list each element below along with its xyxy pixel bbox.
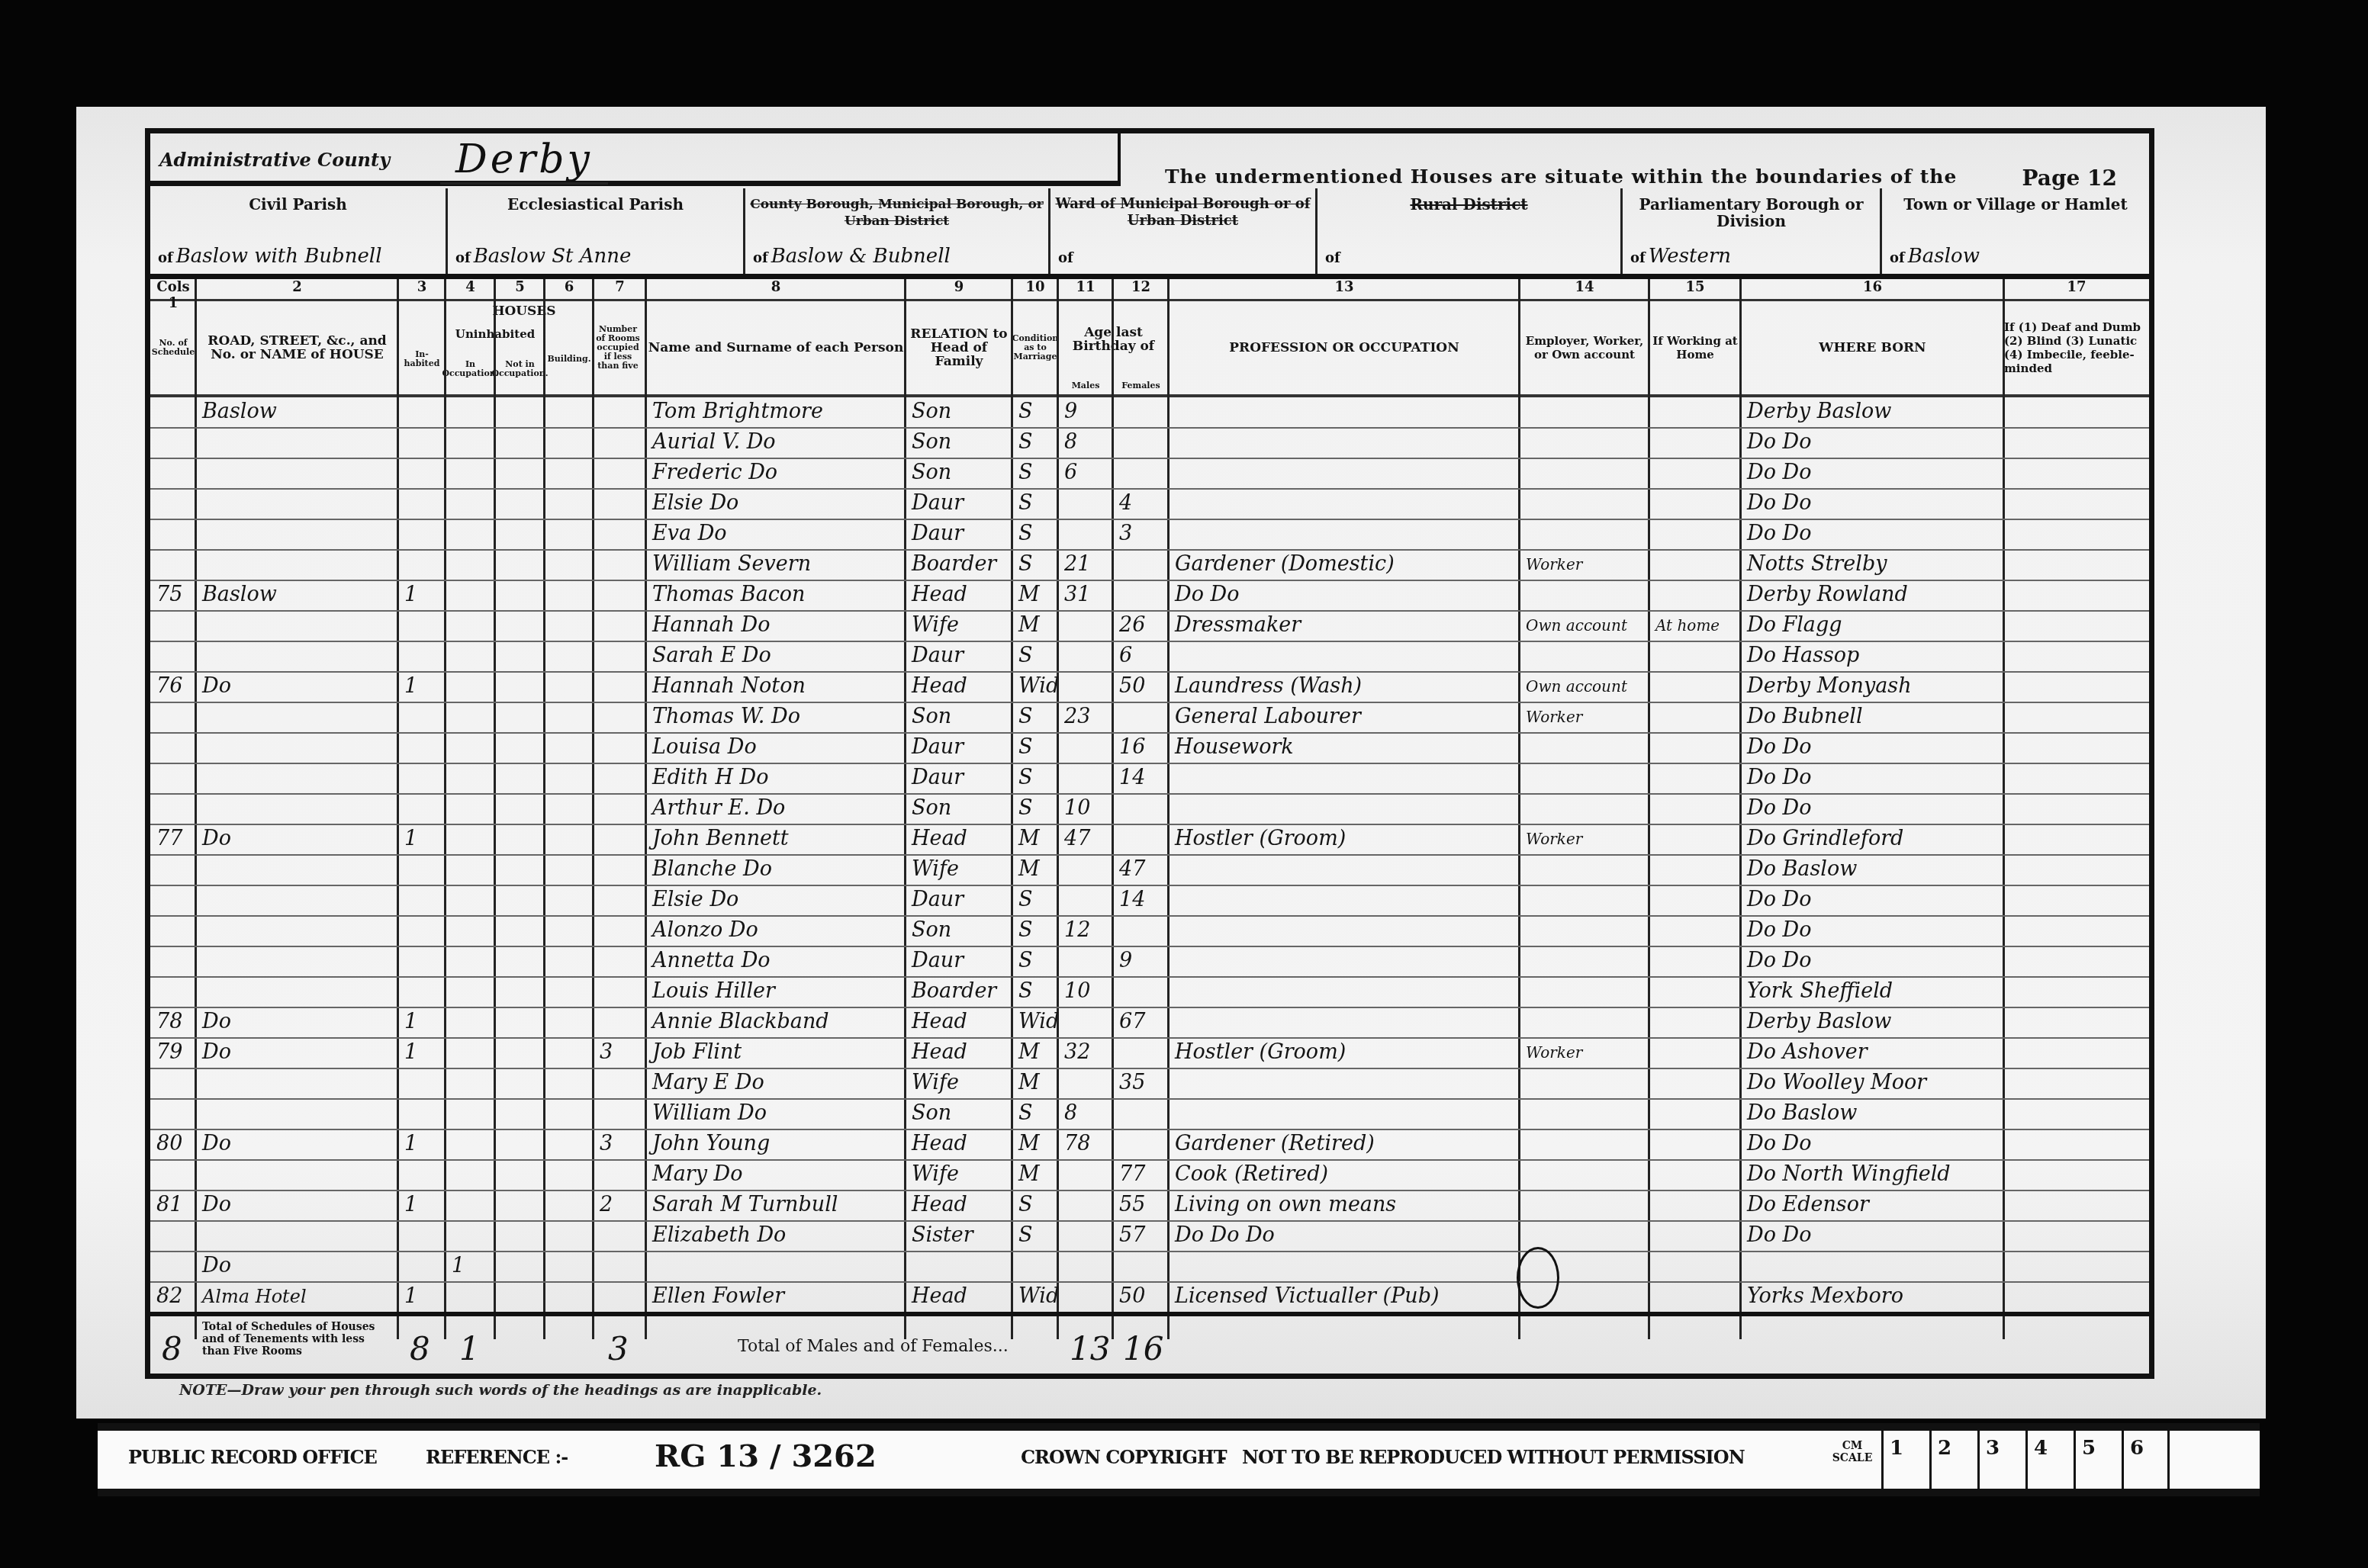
header-where-born: WHERE BORN: [1741, 301, 2004, 394]
cell-relation: Head: [912, 1130, 967, 1158]
total-females: 16: [1123, 1330, 1163, 1367]
cell-female-age: 16: [1119, 734, 1145, 761]
column-headers: No. of Schedule ROAD, STREET, &c., and N…: [150, 301, 2149, 397]
cell-condition: S: [1018, 1100, 1033, 1127]
cell-condition: S: [1018, 490, 1033, 517]
cell-born: Do Do: [1747, 917, 1811, 944]
cell-male-age: 78: [1064, 1130, 1090, 1158]
cell-occupation: Gardener (Retired): [1175, 1130, 1375, 1158]
column-number: 12: [1113, 279, 1169, 295]
cell-address: Do: [202, 1252, 231, 1280]
cell-condition: M: [1018, 1069, 1040, 1097]
header-employer: Employer, Worker, or Own account: [1520, 301, 1649, 394]
header-not-in-occupation: Not in Occupation.: [495, 344, 545, 394]
cell-female-age: 6: [1119, 642, 1132, 670]
cell-born: Derby Baslow: [1747, 398, 1891, 426]
cell-relation: Head: [912, 1283, 967, 1310]
cell-name: William Do: [652, 1100, 767, 1127]
boundary-value: ofBaslow St Anne: [455, 245, 631, 268]
cell-relation: Head: [912, 673, 967, 700]
cell-name: Sarah E Do: [652, 642, 771, 670]
cell-male-age: 23: [1064, 703, 1090, 731]
cell-born: Do Do: [1747, 429, 1811, 456]
cell-female-age: 50: [1119, 1283, 1145, 1310]
cell-relation: Daur: [912, 520, 964, 548]
cell-born: Do Do: [1747, 947, 1811, 975]
county-label: Administrative County: [159, 149, 390, 171]
cell-sched: 77: [156, 825, 182, 853]
boundary-value: ofBaslow & Bubnell: [753, 245, 951, 268]
table-row: 82Alma Hotel1Ellen FowlerHeadWid50Licens…: [150, 1281, 2149, 1313]
boundary-civil-parish: Civil Parish ofBaslow with Bubnell: [150, 188, 448, 274]
cell-born: York Sheffield: [1747, 978, 1893, 1005]
cell-inhab: 1: [404, 1283, 417, 1310]
scale-tick: 1: [1881, 1431, 1929, 1489]
column-number: 11: [1058, 279, 1113, 295]
table-row: 79Do13Job FlintHeadM32Hostler (Groom)Wor…: [150, 1037, 2149, 1069]
column-number: 10: [1012, 279, 1058, 295]
cell-employer: Own account: [1526, 612, 1627, 639]
boundary-label: County Borough, Municipal Borough, or Ur…: [745, 196, 1048, 230]
cell-name: Elizabeth Do: [652, 1222, 786, 1249]
boundary-value: ofWestern: [1630, 245, 1731, 268]
cell-condition: S: [1018, 1222, 1033, 1249]
footer-reference-label: REFERENCE :-: [426, 1446, 568, 1468]
cell-condition: S: [1018, 398, 1033, 426]
header-relation: RELATION to Head of Family: [906, 301, 1012, 394]
cell-address: Alma Hotel: [202, 1283, 307, 1310]
enumerator-circle-mark: [1517, 1247, 1559, 1309]
cell-born: Do Do: [1747, 1130, 1811, 1158]
cm-scale: CM SCALE 1 2 3 4 5 6: [1823, 1431, 2170, 1489]
cell-employer: Own account: [1526, 673, 1627, 700]
total-rooms: 3: [608, 1330, 629, 1367]
cell-relation: Head: [912, 825, 967, 853]
page-number: Page 12: [2022, 165, 2117, 191]
cell-occupation: Do Do: [1175, 581, 1239, 609]
cell-employer: Worker: [1526, 703, 1582, 731]
cell-relation: Son: [912, 917, 951, 944]
cell-relation: Boarder: [912, 551, 996, 578]
table-row: Edith H DoDaurS14Do Do: [150, 763, 2149, 795]
cell-sched: 75: [156, 581, 182, 609]
cell-occupation: Dressmaker: [1175, 612, 1301, 639]
cell-condition: S: [1018, 886, 1033, 914]
cell-condition: Wid: [1018, 1008, 1059, 1036]
cell-condition: M: [1018, 1039, 1040, 1066]
footer-permission: NOT TO BE REPRODUCED WITHOUT PERMISSION: [1242, 1446, 1745, 1468]
cell-born: Do Flagg: [1747, 612, 1842, 639]
boundary-parliamentary-division: Parliamentary Borough or Division ofWest…: [1623, 188, 1882, 274]
cell-name: Mary E Do: [652, 1069, 764, 1097]
cell-name: Edith H Do: [652, 764, 768, 792]
cell-name: Job Flint: [652, 1039, 742, 1066]
footer-copyright: CROWN COPYRIGHT: [1021, 1446, 1227, 1468]
cell-born: Do Edensor: [1747, 1191, 1869, 1219]
cell-occupation: Hostler (Groom): [1175, 825, 1346, 853]
boundaries-row: Civil Parish ofBaslow with Bubnell Eccle…: [150, 188, 2149, 279]
cell-name: Thomas Bacon: [652, 581, 806, 609]
totals-row: 8 Total of Schedules of Houses and of Te…: [150, 1312, 2149, 1385]
cell-relation: Daur: [912, 764, 964, 792]
cell-name: Elsie Do: [652, 886, 738, 914]
cell-name: Frederic Do: [652, 459, 777, 487]
table-row: 75Baslow1Thomas BaconHeadM31Do DoDerby R…: [150, 580, 2149, 612]
cell-name: Blanche Do: [652, 856, 772, 883]
cell-rooms: 2: [600, 1191, 613, 1219]
cell-born: Derby Rowland: [1747, 581, 1908, 609]
cell-male-age: 10: [1064, 978, 1090, 1005]
cell-relation: Daur: [912, 734, 964, 761]
cell-condition: S: [1018, 703, 1033, 731]
cell-born: Do Do: [1747, 490, 1811, 517]
cell-relation: Son: [912, 703, 951, 731]
cell-female-age: 14: [1119, 886, 1145, 914]
boundary-town-village: Town or Village or Hamlet ofBaslow: [1882, 188, 2149, 274]
cell-female-age: 67: [1119, 1008, 1145, 1036]
table-row: Louis HillerBoarderS10York Sheffield: [150, 976, 2149, 1008]
cell-female-age: 57: [1119, 1222, 1145, 1249]
total-schedules: 8: [162, 1330, 182, 1367]
cell-name: Thomas W. Do: [652, 703, 800, 731]
total-males: 13: [1070, 1330, 1110, 1367]
cm-scale-label: CM SCALE: [1823, 1431, 1881, 1489]
cell-relation: Head: [912, 1039, 967, 1066]
table-row: Blanche DoWifeM47Do Baslow: [150, 854, 2149, 886]
table-row: Elizabeth DoSisterS57Do Do DoDo Do: [150, 1220, 2149, 1252]
cell-female-age: 14: [1119, 764, 1145, 792]
header-females: Females: [1113, 378, 1169, 394]
boundary-label: Ecclesiastical Parish: [448, 196, 743, 213]
cell-female-age: 35: [1119, 1069, 1145, 1097]
cell-name: Hannah Do: [652, 612, 770, 639]
cell-female-age: 9: [1119, 947, 1132, 975]
cell-name: Eva Do: [652, 520, 727, 548]
boundary-label: Civil Parish: [150, 196, 446, 213]
table-row: William SevernBoarderS21Gardener (Domest…: [150, 549, 2149, 581]
cell-relation: Daur: [912, 947, 964, 975]
situate-text: The undermentioned Houses are situate wi…: [1165, 165, 1957, 188]
cell-occupation: Laundress (Wash): [1175, 673, 1362, 700]
table-row: 80Do13John YoungHeadM78Gardener (Retired…: [150, 1129, 2149, 1161]
total-uninhabited: 1: [459, 1330, 480, 1367]
scale-tick: 2: [1929, 1431, 1977, 1489]
cell-employer: Worker: [1526, 551, 1582, 578]
cell-male-age: 9: [1064, 398, 1077, 426]
footer-separator: -: [1219, 1446, 1226, 1468]
table-row: Elsie DoDaurS4Do Do: [150, 488, 2149, 520]
cell-relation: Wife: [912, 612, 959, 639]
column-number: 4: [446, 279, 495, 295]
cell-inhab: 1: [404, 581, 417, 609]
cell-occupation: Hostler (Groom): [1175, 1039, 1346, 1066]
cell-born: Do Do: [1747, 764, 1811, 792]
table-row: William DoSonS8Do Baslow: [150, 1098, 2149, 1130]
census-form: Administrative County Derby The undermen…: [145, 128, 2154, 1379]
cell-female-age: 77: [1119, 1161, 1145, 1188]
boundary-ward: Ward of Municipal Borough or of Urban Di…: [1050, 188, 1318, 274]
cell-born: Do Do: [1747, 1222, 1811, 1249]
scale-tick: 5: [2074, 1431, 2122, 1489]
cell-address: Do: [202, 1191, 231, 1219]
column-number: 9: [906, 279, 1012, 295]
header-inhabited: In-habited: [398, 324, 446, 394]
boundary-label: Town or Village or Hamlet: [1882, 196, 2149, 213]
cell-address: Do: [202, 1008, 231, 1036]
cell-name: Tom Brightmore: [652, 398, 823, 426]
total-mf-label: Total of Males and of Females...: [738, 1341, 1009, 1353]
table-row: Hannah DoWifeM26DressmakerOwn accountAt …: [150, 610, 2149, 642]
cell-born: Do Do: [1747, 520, 1811, 548]
cell-female-age: 4: [1119, 490, 1132, 517]
cell-condition: M: [1018, 612, 1040, 639]
cell-rooms: 3: [600, 1039, 613, 1066]
column-number: 3: [398, 279, 446, 295]
cell-male-age: 8: [1064, 1100, 1077, 1127]
cell-name: William Severn: [652, 551, 811, 578]
cell-condition: S: [1018, 520, 1033, 548]
cell-address: Do: [202, 1130, 231, 1158]
scale-tick: 4: [2025, 1431, 2074, 1489]
cell-condition: M: [1018, 1161, 1040, 1188]
header-infirmity: If (1) Deaf and Dumb (2) Blind (3) Lunat…: [2004, 301, 2149, 394]
form-header: Administrative County Derby The undermen…: [150, 133, 2149, 194]
cell-rooms: 3: [600, 1130, 613, 1158]
cell-name: Mary Do: [652, 1161, 742, 1188]
table-row: Aurial V. DoSonS8Do Do: [150, 427, 2149, 459]
cell-born: Do Do: [1747, 886, 1811, 914]
cell-sched: 82: [156, 1283, 182, 1310]
cell-relation: Son: [912, 429, 951, 456]
cell-condition: S: [1018, 551, 1033, 578]
table-row: Alonzo DoSonS12Do Do: [150, 915, 2149, 947]
column-number: 14: [1520, 279, 1649, 295]
header-at-home: If Working at Home: [1649, 301, 1741, 394]
column-number: 16: [1741, 279, 2004, 295]
column-number: 6: [545, 279, 594, 295]
county-value: Derby: [440, 137, 608, 185]
cell-name: Hannah Noton: [652, 673, 806, 700]
table-row: Louisa DoDaurS16HouseworkDo Do: [150, 732, 2149, 764]
cell-occupation: Living on own means: [1175, 1191, 1396, 1219]
cell-condition: S: [1018, 1191, 1033, 1219]
cell-female-age: 3: [1119, 520, 1132, 548]
boundary-rural-district: Rural District of: [1318, 188, 1623, 274]
table-row: Mary DoWifeM77Cook (Retired)Do North Win…: [150, 1159, 2149, 1191]
cell-inhab: 1: [404, 673, 417, 700]
column-number: 8: [646, 279, 906, 295]
header-building: Building.: [545, 324, 594, 394]
cell-address: Do: [202, 1039, 231, 1066]
cell-condition: M: [1018, 856, 1040, 883]
cell-sched: 78: [156, 1008, 182, 1036]
cell-employer: Worker: [1526, 1039, 1582, 1066]
table-row: Do1: [150, 1251, 2149, 1283]
cell-relation: Sister: [912, 1222, 973, 1249]
cell-name: Annetta Do: [652, 947, 771, 975]
total-inhabited: 8: [410, 1330, 430, 1367]
boundary-value: of: [1325, 245, 1343, 268]
cell-condition: S: [1018, 642, 1033, 670]
cell-name: Ellen Fowler: [652, 1283, 784, 1310]
cell-home: At home: [1655, 612, 1720, 639]
table-row: Annetta DoDaurS9Do Do: [150, 946, 2149, 978]
cell-relation: Wife: [912, 1161, 959, 1188]
cell-condition: S: [1018, 429, 1033, 456]
boundary-label: Parliamentary Borough or Division: [1623, 196, 1880, 230]
cell-occupation: Gardener (Domestic): [1175, 551, 1395, 578]
cell-condition: S: [1018, 947, 1033, 975]
cell-born: Derby Monyash: [1747, 673, 1912, 700]
cell-name: Aurial V. Do: [652, 429, 776, 456]
cell-female-age: 47: [1119, 856, 1145, 883]
cell-born: Do Bubnell: [1747, 703, 1863, 731]
cell-inhab: 1: [404, 1008, 417, 1036]
cell-occupation: General Labourer: [1175, 703, 1361, 731]
cell-name: Louis Hiller: [652, 978, 775, 1005]
cell-sched: 81: [156, 1191, 182, 1219]
boundary-value: of: [1058, 245, 1076, 268]
cell-born: Do Grindleford: [1747, 825, 1903, 853]
cell-male-age: 8: [1064, 429, 1077, 456]
header-address: ROAD, STREET, &c., and No. or NAME of HO…: [196, 301, 398, 394]
county-box: Administrative County Derby: [150, 133, 1121, 186]
table-row: Frederic DoSonS6Do Do: [150, 458, 2149, 490]
cell-male-age: 12: [1064, 917, 1090, 944]
cell-name: John Young: [652, 1130, 770, 1158]
cell-occupation: Cook (Retired): [1175, 1161, 1328, 1188]
cell-male-age: 10: [1064, 795, 1090, 822]
cell-relation: Head: [912, 581, 967, 609]
cell-relation: Wife: [912, 1069, 959, 1097]
cell-sched: 76: [156, 673, 182, 700]
cell-male-age: 21: [1064, 551, 1090, 578]
cell-born: Do Hassop: [1747, 642, 1859, 670]
table-row: Eva DoDaurS3Do Do: [150, 519, 2149, 551]
cell-relation: Son: [912, 1100, 951, 1127]
cell-male-age: 32: [1064, 1039, 1090, 1066]
cell-employer: Worker: [1526, 825, 1582, 853]
table-row: 77Do1John BennettHeadM47Hostler (Groom)W…: [150, 824, 2149, 856]
footer-reference: RG 13 / 3262: [655, 1438, 877, 1474]
cell-male-age: 31: [1064, 581, 1090, 609]
cell-relation: Head: [912, 1191, 967, 1219]
scale-tick: 6: [2122, 1431, 2170, 1489]
table-row: Elsie DoDaurS14Do Do: [150, 885, 2149, 917]
cell-name: John Bennett: [652, 825, 789, 853]
cell-born: Do Woolley Moor: [1747, 1069, 1926, 1097]
cell-inhab: 1: [404, 825, 417, 853]
cell-sched: 80: [156, 1130, 182, 1158]
cell-female-age: 55: [1119, 1191, 1145, 1219]
cell-male-age: 6: [1064, 459, 1077, 487]
archive-footer: PUBLIC RECORD OFFICE REFERENCE :- RG 13 …: [98, 1423, 2260, 1496]
column-numbers: Cols 1234567891011121314151617: [150, 279, 2149, 301]
column-number: 5: [495, 279, 545, 295]
boundary-ecclesiastical-parish: Ecclesiastical Parish ofBaslow St Anne: [448, 188, 745, 274]
table-row: Thomas W. DoSonS23General LabourerWorker…: [150, 702, 2149, 734]
table-row: Mary E DoWifeM35Do Woolley Moor: [150, 1068, 2149, 1100]
cell-address: Do: [202, 825, 231, 853]
table-row: 78Do1Annie BlackbandHeadWid67Derby Baslo…: [150, 1007, 2149, 1039]
table-row: 76Do1Hannah NotonHeadWid50Laundress (Was…: [150, 671, 2149, 703]
cell-born: Derby Baslow: [1747, 1008, 1891, 1036]
cell-male-age: 47: [1064, 825, 1090, 853]
header-males: Males: [1058, 378, 1113, 394]
table-row: Arthur E. DoSonS10Do Do: [150, 793, 2149, 825]
cell-name: Annie Blackband: [652, 1008, 829, 1036]
boundary-value: ofBaslow: [1890, 245, 1980, 268]
table-row: 81Do12Sarah M TurnbullHeadS55Living on o…: [150, 1190, 2149, 1222]
cell-condition: S: [1018, 978, 1033, 1005]
cell-born: Notts Strelby: [1747, 551, 1887, 578]
header-in-occupation: In Occupation.: [446, 344, 495, 394]
cell-inhab: 1: [404, 1191, 417, 1219]
cell-relation: Boarder: [912, 978, 996, 1005]
header-condition: Condition as to Marriage: [1012, 301, 1058, 394]
cell-condition: S: [1018, 795, 1033, 822]
header-schedule: No. of Schedule: [150, 301, 196, 394]
cell-born: Do Do: [1747, 459, 1811, 487]
cell-condition: S: [1018, 764, 1033, 792]
column-number: 13: [1169, 279, 1520, 295]
cell-born: Do Baslow: [1747, 856, 1857, 883]
total-schedules-label: Total of Schedules of Houses and of Tene…: [202, 1321, 393, 1358]
cell-relation: Daur: [912, 642, 964, 670]
cell-condition: M: [1018, 825, 1040, 853]
cell-inhab: 1: [404, 1039, 417, 1066]
cell-occupation: Housework: [1175, 734, 1294, 761]
cell-name: Arthur E. Do: [652, 795, 785, 822]
column-number: 7: [594, 279, 646, 295]
cell-relation: Son: [912, 459, 951, 487]
form-note: NOTE—Draw your pen through such words of…: [179, 1382, 822, 1399]
cell-occupation: Do Do Do: [1175, 1222, 1275, 1249]
header-name: Name and Surname of each Person: [646, 301, 906, 394]
scale-tick: 3: [1977, 1431, 2025, 1489]
cell-sched: 79: [156, 1039, 182, 1066]
cell-female-age: 26: [1119, 612, 1145, 639]
cell-address: Baslow: [202, 581, 277, 609]
cell-name: Louisa Do: [652, 734, 757, 761]
header-occupation: PROFESSION OR OCCUPATION: [1169, 301, 1520, 394]
cell-inhab: 1: [404, 1130, 417, 1158]
cell-name: Alonzo Do: [652, 917, 758, 944]
cell-relation: Daur: [912, 886, 964, 914]
cell-born: Do Baslow: [1747, 1100, 1857, 1127]
footer-office: PUBLIC RECORD OFFICE: [128, 1446, 377, 1468]
cell-born: Do North Wingfield: [1747, 1161, 1951, 1188]
boundary-value: ofBaslow with Bubnell: [158, 245, 381, 268]
cell-address: Baslow: [202, 398, 277, 426]
boundary-county-borough: County Borough, Municipal Borough, or Ur…: [745, 188, 1050, 274]
cell-address: Do: [202, 673, 231, 700]
cell-born: Do Do: [1747, 734, 1811, 761]
cell-name: Sarah M Turnbull: [652, 1191, 838, 1219]
cell-condition: Wid: [1018, 1283, 1059, 1310]
cell-condition: Wid: [1018, 673, 1059, 700]
cell-born: Do Do: [1747, 795, 1811, 822]
cell-female-age: 50: [1119, 673, 1145, 700]
cell-relation: Son: [912, 398, 951, 426]
cell-condition: S: [1018, 734, 1033, 761]
column-number: 15: [1649, 279, 1741, 295]
cell-condition: M: [1018, 1130, 1040, 1158]
cell-relation: Head: [912, 1008, 967, 1036]
table-row: Sarah E DoDaurS6Do Hassop: [150, 641, 2149, 673]
cell-relation: Wife: [912, 856, 959, 883]
header-rooms: Number of Rooms occupied if less than fi…: [594, 301, 642, 394]
